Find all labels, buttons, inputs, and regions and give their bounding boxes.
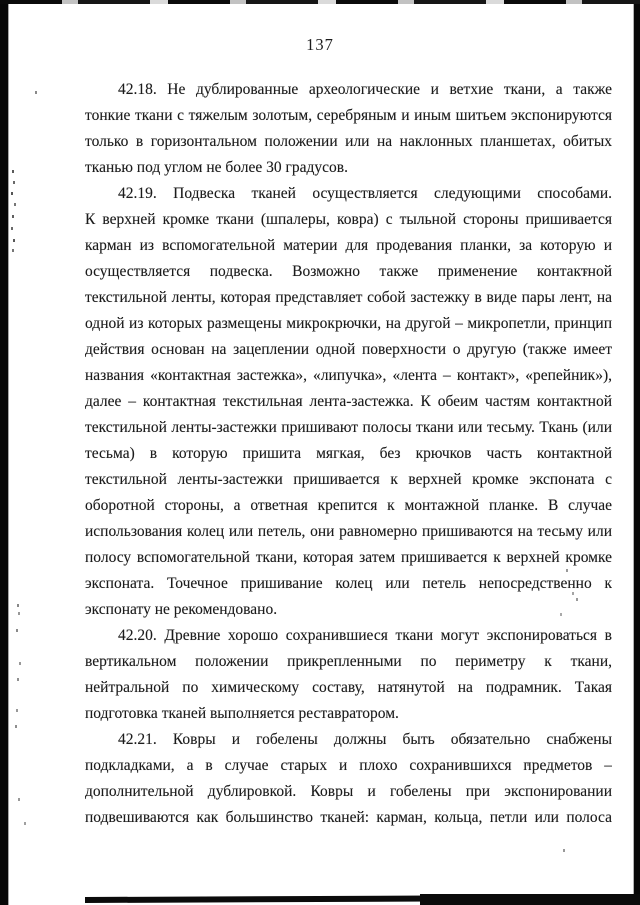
text-line: текстильной ленты, которая представляет … [85,285,612,311]
text-line: 42.19. Подвеска тканей осуществляется сл… [85,181,612,207]
text-line: текстильной ленты-застежки пришивается к… [85,467,612,493]
text-line: только в горизонтальном положении или на… [85,129,612,155]
text-line: подвешиваются как большинство тканей: ка… [85,805,612,831]
text-line: тесьма) в которую пришита мягкая, без кр… [85,441,612,467]
text-line: 42.20. Древние хорошо сохранившиеся ткан… [85,623,612,649]
text-line: оборотной стороны, а ответная крепится к… [85,493,612,519]
text-line: дополнительной дублировкой. Ковры и гобе… [85,779,612,805]
scanned-document-page: 137 42.18. Не дублированные археологичес… [0,0,640,905]
text-line: полосу вспомогательной ткани, которая за… [85,545,612,571]
text-line: тканью под углом не более 30 градусов. [85,155,612,181]
text-line: карман из вспомогательной материи для пр… [85,233,612,259]
text-line: одной из которых размещены микрокрючки, … [85,311,612,337]
text-line: текстильной ленты-застежки пришивают пол… [85,415,612,441]
paragraph-42-21: 42.21. Ковры и гобелены должны быть обяз… [85,727,612,831]
text-line: нейтральной по химическому составу, натя… [85,675,612,701]
text-line: подкладками, а в случае старых и плохо с… [85,753,612,779]
text-line: далее – контактная текстильная лента-зас… [85,389,612,415]
text-line: действия основан на зацеплении одной пов… [85,337,612,363]
text-line: названия «контактная застежка», «липучка… [85,363,612,389]
paragraph-42-18: 42.18. Не дублированные археологические … [85,77,612,181]
scan-edge-bottom-right [420,894,640,905]
text-line: 42.21. Ковры и гобелены должны быть обяз… [85,727,612,753]
text-line: вертикальном положении прикрепленными по… [85,649,612,675]
scan-edge-top [0,0,640,4]
text-line: экспонату не рекомендовано. [85,597,612,623]
paragraph-42-19: 42.19. Подвеска тканей осуществляется сл… [85,181,612,623]
text-line: подготовка тканей выполняется реставрато… [85,701,612,727]
text-line: осуществляется подвеска. Возможно также … [85,259,612,285]
scan-edge-left [0,0,8,905]
text-line: экспоната. Точечное пришивание колец или… [85,571,612,597]
scan-noise-specks [0,0,2,3]
text-line: тонкие ткани с тяжелым золотым, серебрян… [85,103,612,129]
text-line: использования колец или петель, они равн… [85,519,612,545]
page-number: 137 [0,35,640,55]
text-line: 42.18. Не дублированные археологические … [85,77,612,103]
text-line: К верхней кромке ткани (шпалеры, ковра) … [85,207,612,233]
paragraph-42-20: 42.20. Древние хорошо сохранившиеся ткан… [85,623,612,727]
text-block: 42.18. Не дублированные археологические … [85,77,612,831]
scan-edge-right [634,0,640,905]
